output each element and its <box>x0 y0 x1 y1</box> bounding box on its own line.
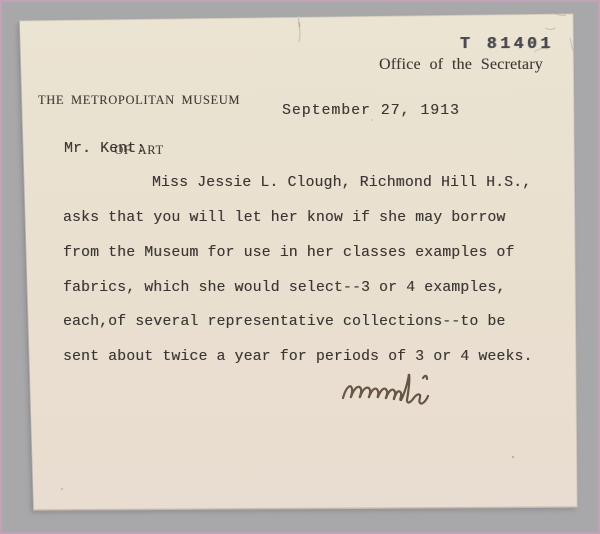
accession-stamp: T 81401 <box>460 36 554 53</box>
body-line: from the Museum for use in her classes e… <box>63 246 514 261</box>
body-line: asks that you will let her know if she m… <box>63 211 505 226</box>
letter-photograph: T 81401 THE METROPOLITAN MUSEUM OF ART O… <box>0 0 600 534</box>
letterhead-line1: THE METROPOLITAN MUSEUM <box>38 92 240 109</box>
body-line: sent about twice a year for periods of 3… <box>63 350 533 365</box>
dust-speck <box>61 488 63 490</box>
date-line: September 27, 1913 <box>282 104 460 119</box>
dust-speck <box>512 456 514 458</box>
body-line: Miss Jessie L. Clough, Richmond Hill H.S… <box>152 176 531 191</box>
body-line: fabrics, which she would select--3 or 4 … <box>63 281 505 296</box>
salutation: Mr. Kent: <box>64 142 145 157</box>
office-line: Office of the Secretary <box>379 57 543 73</box>
dust-speck <box>371 119 373 121</box>
body-line: each,of several representative collectio… <box>63 315 505 330</box>
museum-letterhead: THE METROPOLITAN MUSEUM OF ART <box>38 59 240 191</box>
